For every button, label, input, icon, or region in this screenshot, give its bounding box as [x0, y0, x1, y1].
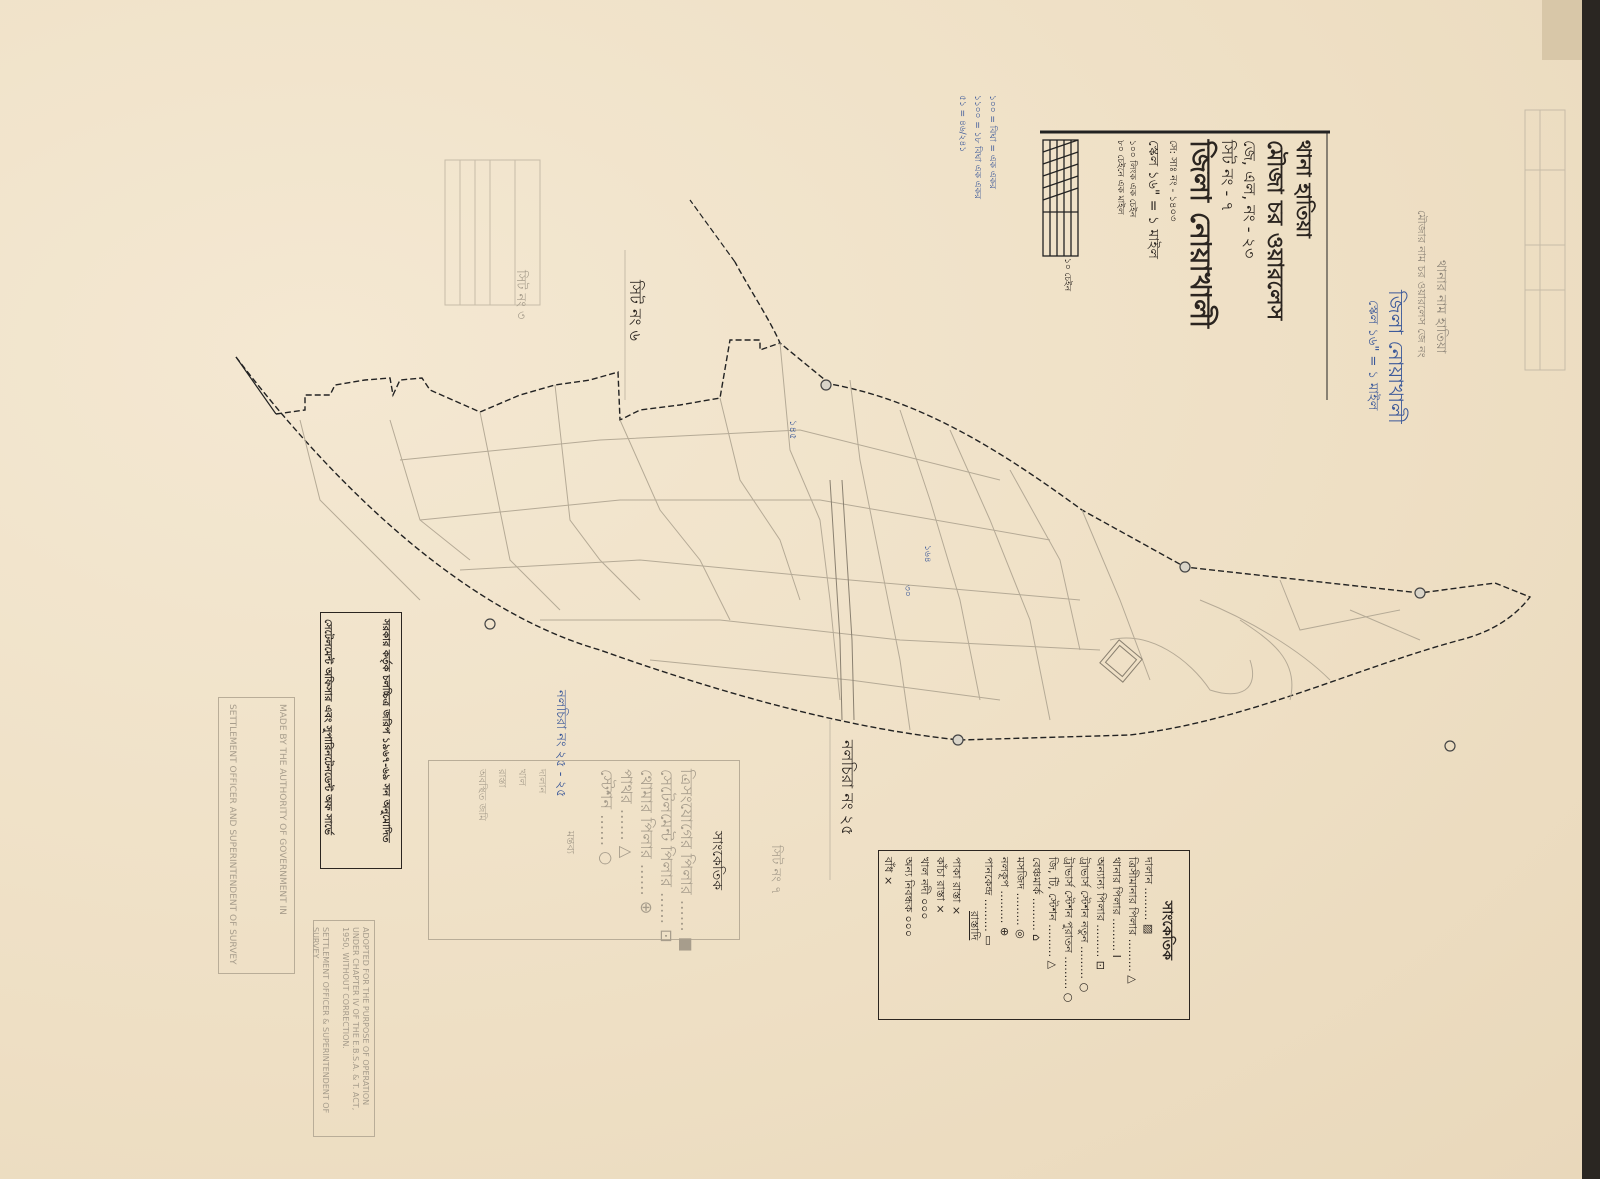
adopted-box: ADOPTED FOR THE PURPOSE OF OPERATION UND… [313, 920, 375, 1137]
map-annotation-1: ১৪৫ [783, 420, 800, 439]
adopted-line-5: SURVEY [311, 927, 320, 958]
legend-other: অন্য নিবন্ধক ০০০ [898, 857, 917, 937]
neighbor-mouza-nalchira: নলচিরা নং ২৫ [833, 740, 860, 836]
scale-bar-label: ১০ চেইন [1060, 258, 1075, 291]
handwritten-mouza: মৌজার নাম চর ওয়ারলেস জে নং [1411, 210, 1430, 357]
approval-stamp-box: সরকার কর্তৃক চলচ্চিত্র জরিপ ১৯৬৭-৬৯ সন অ… [320, 612, 402, 869]
secondary-legend-footer-item: অবস্থিত জমি [472, 769, 489, 821]
secondary-legend-footer-item: খাল [512, 769, 529, 786]
pencil-note-2: ১১০০ = ১৮ বিঘা এক একর [970, 95, 985, 199]
authority-line-1: MADE BY THE AUTHORITY OF GOVERNMENT IN [277, 704, 287, 915]
secondary-legend-footer-item: দালান [532, 769, 549, 793]
neighbor-sheet-7: সিট নং ৭ [764, 845, 785, 894]
scale-note-chains: ৮০ চেইনে এক মাইল [1113, 140, 1128, 215]
pencil-note-3: ৫১ = ৪৬/২৪১ [955, 95, 970, 152]
main-legend-title: সাংকেতিক [1155, 901, 1179, 960]
secondary-legend-footer-title: মন্তব্য [560, 831, 579, 854]
adopted-line-1: ADOPTED FOR THE PURPOSE OF OPERATION [361, 927, 370, 1105]
cadastral-map-drawing [0, 0, 1600, 1179]
main-legend: সাংকেতিক দালান ……… ▨ ত্রিসীমানার পিলার …… [878, 850, 1190, 1020]
authority-box: MADE BY THE AUTHORITY OF GOVERNMENT IN S… [218, 697, 295, 974]
pencil-note-1: ১০০ = বিঘা = এক একর [985, 95, 1000, 189]
neighbor-sheet-6: সিট নং ৬ [621, 280, 648, 341]
print-scale: স্কেল ১৬" = ১ মাইল [1141, 140, 1165, 259]
secondary-legend: সাংকেতিক ত্রিসংযোগের পিলার …… ■ সেটেলমেন… [428, 760, 740, 940]
handwritten-scale: স্কেল ১৬" = ১ মাইল [1361, 300, 1382, 411]
survey-number: সে: সাঃ নং - ১৪০৩ [1163, 140, 1180, 221]
neighbor-sheet-3: সিট নং ৩ [509, 270, 530, 319]
adopted-line-3: 1950, WITHOUT CORRECTION. [341, 927, 350, 1049]
authority-line-2: SETTLEMENT OFFICER AND SUPERINTENDENT OF… [227, 704, 237, 965]
map-annotation-3: ৩০ [900, 585, 915, 597]
district-label: জিলা নোয়াখালী [1175, 140, 1222, 328]
handwritten-thana: থানার নাম হাতিয়া [1429, 260, 1450, 353]
legend-embankment: বাঁধ × [878, 857, 897, 885]
stamp-line-2: সেটেলমেন্ট অফিসার এবং সুপারিনটেনডেন্ট অফ… [318, 619, 335, 835]
adopted-line-2: UNDER CHAPTER IV OF THE E.B.S.A. & T. AC… [351, 927, 360, 1110]
secondary-legend-item: স্টেশন …… ○ [592, 769, 619, 865]
stamp-line-1: সরকার কর্তৃক চলচ্চিত্র জরিপ ১৯৬৭-৬৯ সন অ… [376, 619, 393, 842]
map-annotation-2: ১৬৪ [920, 545, 935, 563]
mouza-boundary [236, 262, 1530, 740]
secondary-legend-footer-item: রাস্তা [492, 769, 509, 788]
map-sheet: থানা হাতিয়া মৌজা চর ওয়ারলেস জে, এল, নং… [0, 0, 1582, 1179]
adopted-line-4: SETTLEMENT OFFICER & SUPERINTENDENT OF [321, 927, 330, 1113]
roads-title: রাস্তাদি [964, 911, 983, 940]
secondary-legend-title: সাংকেতিক [705, 831, 729, 890]
